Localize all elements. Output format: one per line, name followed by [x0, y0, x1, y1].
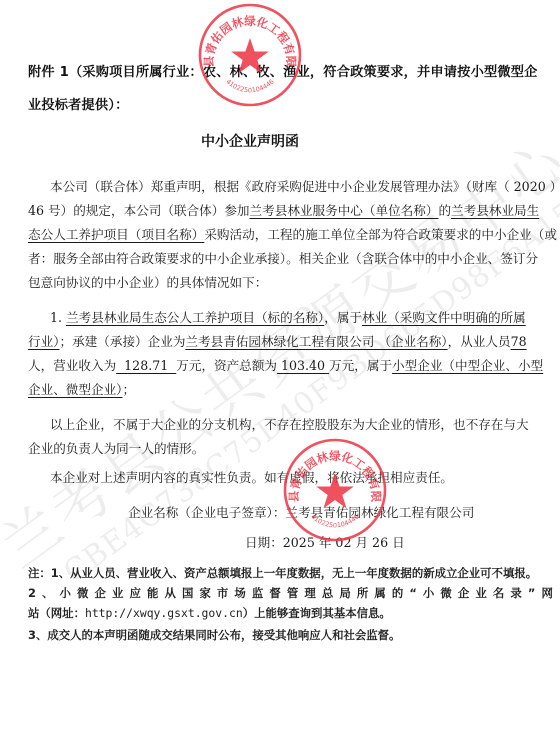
- item1-line4: 企业、微型企业）；: [28, 378, 135, 402]
- document-page: 兰考县公共资源交易中心 CBE4C738C75D40F9BD665D98F6A1…: [0, 0, 560, 731]
- para3: 本企业对上述声明内容的真实性负责。如有虚假，将依法承担相应责任。: [50, 466, 453, 490]
- para2-line2: 企业的负责人为同一人的情形。: [28, 437, 204, 461]
- contractor-company: 兰考县青佑园林绿化工程有限公司 （企业名称）: [185, 334, 447, 349]
- para2-line1: 以上企业，不属于大企业的分支机构，不存在控股股东为大企业的情形，也不存在与大: [50, 413, 529, 437]
- company-seal-icon: 兰考县青佑园林绿化工程有限公司 4102250104446: [282, 437, 388, 543]
- note-3: 3、成交人的本声明函随成交结果同时公布，接受其他响应人和社会监督。: [28, 627, 400, 643]
- project-name-b: 态公人工养护项目（项目名称）: [28, 227, 204, 242]
- svg-text:兰考县青佑园林绿化工程有限公司: 兰考县青佑园林绿化工程有限公司: [197, 2, 298, 68]
- industry: 林业（采购文件中明确的所属: [362, 310, 526, 325]
- svg-text:4102250104446: 4102250104446: [224, 78, 275, 95]
- para1-line5: 包意向协议的中小企业）的具体情况如下：: [28, 271, 267, 295]
- signature-label: 企业名称（企业电子签章）：: [128, 505, 285, 520]
- project-name-a: 兰考县林业局生: [451, 203, 539, 218]
- signature-line: 企业名称（企业电子签章）：兰考县青佑园林绿化工程有限公司: [128, 501, 474, 525]
- note-1: 注：1、从业人员、营业收入、资产总额填报上一年度数据，无上一年度数据的新成立企业…: [28, 565, 537, 581]
- para1-line3: 态公人工养护项目（项目名称）采购活动，工程的施工单位全部为符合政策要求的中小企业…: [28, 223, 557, 247]
- assets-value: 103.40: [277, 358, 329, 373]
- attachment-header-line1: 附件 1（采购项目所属行业：农、林、牧、渔业，符合政策要求，并申请按小型微型企: [28, 61, 538, 80]
- note-2-line1: 2、小微企业应能从国家市场监督管理总局所属的“小微企业名录”网: [28, 585, 559, 601]
- para1-line2: 46 号）的规定，本公司（联合体）参加兰考县林业服务中心（单位名称）的兰考县林业…: [28, 199, 539, 223]
- staff-count: 78: [511, 334, 527, 349]
- para1-line4: 者：服务全部由符合政策要求的中小企业承接）。相关企业（含联合体中的中小企业、签订…: [28, 247, 538, 271]
- attachment-header-line2: 业投标者提供）：: [28, 94, 129, 113]
- item1-line2: 行业）；承建（承接）企业为兰考县青佑园林绿化工程有限公司 （企业名称），从业人员…: [28, 330, 527, 354]
- item1-line1: 1. 兰考县林业局生态公人工养护项目（标的名称），属于林业（采购文件中明确的所属: [50, 306, 526, 330]
- lot-name: 兰考县林业局生态公人工养护项目（标的名称）: [66, 310, 324, 325]
- url-link: http://xwqy.gsxt.gov.cn: [85, 606, 243, 620]
- note-2-line2: 站（网址：http://xwqy.gsxt.gov.cn）上能够查询到其基本信息…: [28, 605, 391, 621]
- procuring-unit: 兰考县林业服务中心（单位名称）: [250, 203, 439, 218]
- company-seal-icon: 兰考县青佑园林绿化工程有限公司 4102250104446: [197, 2, 303, 108]
- para1-line1: 本公司（联合体）郑重声明，根据《政府采购促进中小企业发展管理办法》（财库（ 20…: [50, 175, 560, 199]
- revenue-value: 128.71: [116, 358, 176, 373]
- signature-company: 兰考县青佑园林绿化工程有限公司: [285, 505, 474, 520]
- item1-line3: 人，营业收入为 128.71 万元，资产总额为 103.40 万元，属于小型企业…: [28, 354, 543, 378]
- enterprise-size: 小型企业（中型企业、小型: [392, 358, 543, 373]
- page-title: 中小企业声明函: [201, 131, 299, 151]
- signature-date: 日期：2025 年 02 月 26 日: [245, 531, 405, 555]
